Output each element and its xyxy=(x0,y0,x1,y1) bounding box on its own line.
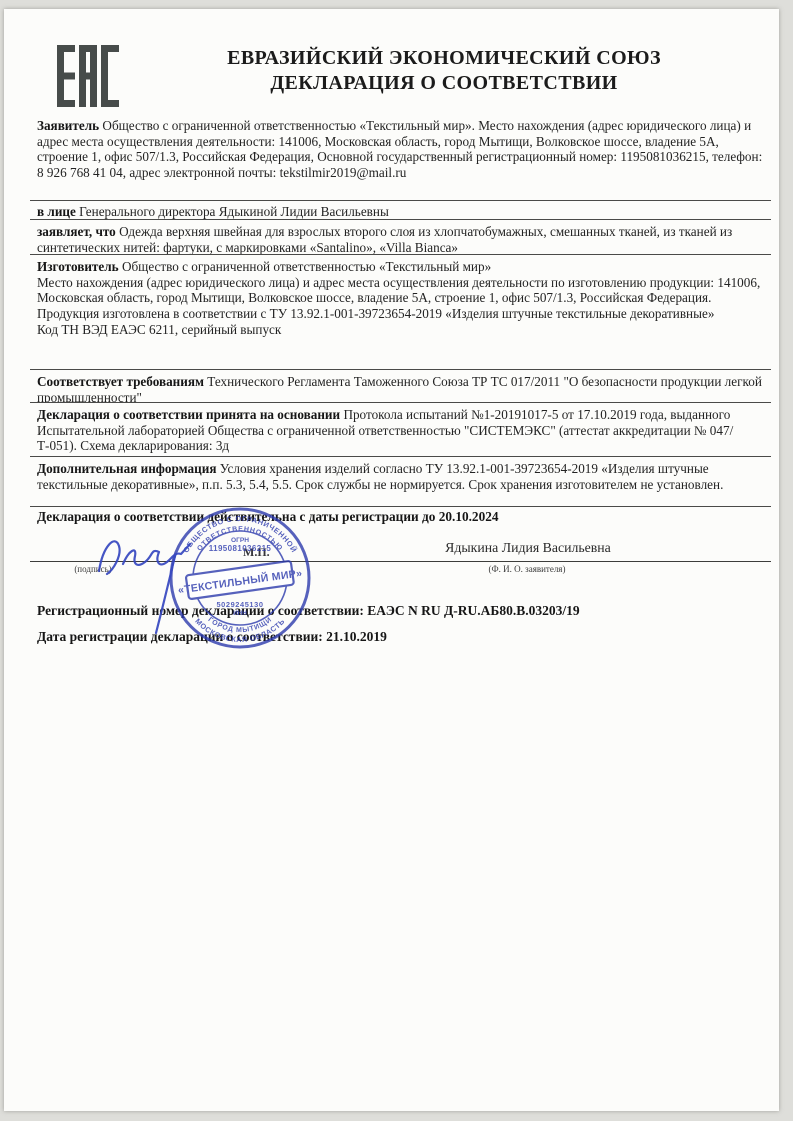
declares-lead: заявляет, что xyxy=(37,224,116,239)
stamp-inn-value: 5029245130 xyxy=(216,600,263,609)
manufacturer-production: Продукция изготовлена в соответствии с Т… xyxy=(37,306,767,322)
document-title-line2: ДЕКЛАРАЦИЯ О СООТВЕТСТВИИ xyxy=(94,71,793,96)
section-applicant: Заявитель Общество с ограниченной ответс… xyxy=(30,116,771,201)
additional-lead: Дополнительная информация xyxy=(37,461,216,476)
handwritten-signature xyxy=(93,526,213,641)
registration-date-value: 21.10.2019 xyxy=(326,629,387,644)
section-declares: заявляет, что Одежда верхняя швейная для… xyxy=(30,222,771,255)
in-person-lead: в лице xyxy=(37,204,76,219)
applicant-lead: Заявитель xyxy=(37,118,99,133)
basis-lead: Декларация о соответствии принята на осн… xyxy=(37,407,340,422)
stamp-ogrn-label: ОГРН xyxy=(231,537,249,544)
signer-name-caption: (Ф. И. О. заявителя) xyxy=(442,564,612,574)
section-in-person: в лице Генерального директора Ядыкиной Л… xyxy=(30,202,771,220)
applicant-text: Общество с ограниченной ответственностью… xyxy=(37,118,762,180)
validity-statement: Декларация о соответствии действительна … xyxy=(30,509,771,525)
stamp-ogrn-value: 1195081036215 xyxy=(209,544,272,553)
stamp-inn-label: ИНН xyxy=(233,610,247,617)
in-person-text: Генерального директора Ядыкиной Лидии Ва… xyxy=(76,204,389,219)
declares-text: Одежда верхняя швейная для взрослых втор… xyxy=(37,224,732,255)
document-title: ЕВРАЗИЙСКИЙ ЭКОНОМИЧЕСКИЙ СОЮЗ ДЕКЛАРАЦИ… xyxy=(94,46,793,96)
section-basis: Декларация о соответствии принята на осн… xyxy=(30,405,771,457)
scanned-declaration-page: ЕВРАЗИЙСКИЙ ЭКОНОМИЧЕСКИЙ СОЮЗ ДЕКЛАРАЦИ… xyxy=(0,0,793,1121)
signer-name: Ядыкина Лидия Васильевна xyxy=(408,540,648,556)
section-complies: Соответствует требованиям Технического Р… xyxy=(30,372,771,403)
manufacturer-lead: Изготовитель xyxy=(37,259,119,274)
complies-lead: Соответствует требованиям xyxy=(37,374,204,389)
manufacturer-name: Общество с ограниченной ответственностью… xyxy=(119,259,492,274)
paper-sheet: ЕВРАЗИЙСКИЙ ЭКОНОМИЧЕСКИЙ СОЮЗ ДЕКЛАРАЦИ… xyxy=(4,9,779,1111)
registration-number-value: ЕАЭС N RU Д-RU.АБ80.В.03203/19 xyxy=(367,603,579,618)
manufacturer-address: Место нахождения (адрес юридического лиц… xyxy=(37,275,767,306)
section-additional-info: Дополнительная информация Условия хранен… xyxy=(30,459,771,507)
manufacturer-tnved-code: Код ТН ВЭД ЕАЭС 6211, серийный выпуск xyxy=(37,322,767,338)
document-title-line1: ЕВРАЗИЙСКИЙ ЭКОНОМИЧЕСКИЙ СОЮЗ xyxy=(94,46,793,71)
section-manufacturer: Изготовитель Общество с ограниченной отв… xyxy=(30,257,771,370)
